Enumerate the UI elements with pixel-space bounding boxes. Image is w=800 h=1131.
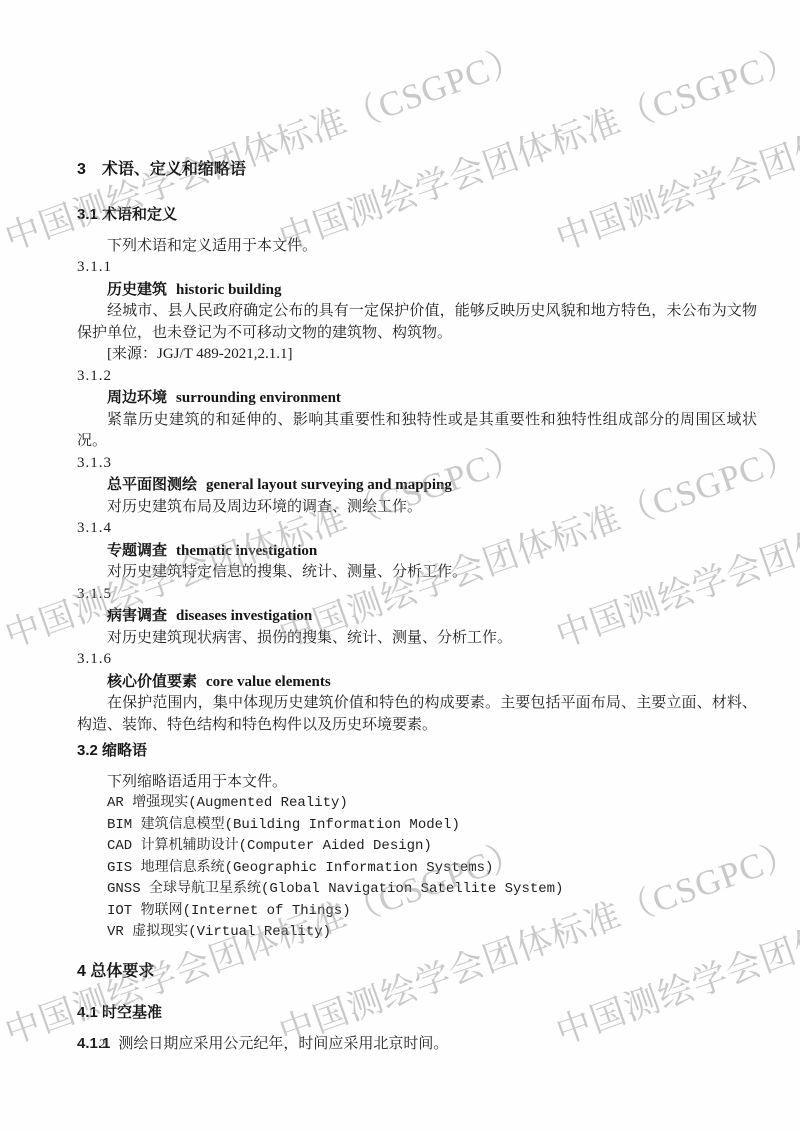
term-heading: 周边环境surrounding environment xyxy=(107,387,757,410)
clause-text: 测绘日期应采用公元纪年，时间应采用北京时间。 xyxy=(118,1036,448,1052)
abbreviation-item: BIM 建筑信息模型(Building Information Model) xyxy=(107,815,757,837)
clause-number: 3.1.5 xyxy=(77,584,757,606)
source-reference: [来源：JGJ/T 489-2021,2.1.1] xyxy=(107,344,757,366)
term-heading: 核心价值要素core value elements xyxy=(107,671,757,694)
clause-number: 3.1.3 xyxy=(77,453,757,475)
abbreviation-item: CAD 计算机辅助设计(Computer Aided Design) xyxy=(107,836,757,858)
paragraph: 在保护范围内，集中体现历史建筑价值和特色的构成要素。主要包括平面布局、主要立面、… xyxy=(77,693,757,736)
chapter-heading: 4 总体要求 xyxy=(77,960,757,984)
term-en: historic building xyxy=(176,282,281,298)
term-heading: 病害调查diseases investigation xyxy=(107,605,757,628)
section-heading: 4.1 时空基准 xyxy=(77,1002,757,1024)
paragraph: 对历史建筑现状病害、损伤的搜集、统计、测量、分析工作。 xyxy=(77,628,757,650)
clause-number: 3.1.2 xyxy=(77,366,757,388)
term-zh: 专题调查 xyxy=(107,542,167,559)
page-number: 2 xyxy=(99,1036,106,1052)
abbreviation-item: GNSS 全球导航卫星系统(Global Navigation Satellit… xyxy=(107,879,757,901)
term-heading: 总平面图测绘general layout surveying and mappi… xyxy=(107,474,757,497)
abbreviation-item: VR 虚拟现实(Virtual Reality) xyxy=(107,922,757,944)
abbreviation-item: IOT 物联网(Internet of Things) xyxy=(107,901,757,923)
term-heading: 历史建筑historic building xyxy=(107,279,757,302)
document-page: 3 术语、定义和缩略语3.1 术语和定义下列术语和定义适用于本文件。3.1.1历… xyxy=(0,0,800,1131)
term-zh: 历史建筑 xyxy=(107,281,167,298)
term-en: thematic investigation xyxy=(176,543,317,559)
section-heading: 3.1 术语和定义 xyxy=(77,204,757,226)
paragraph: 紧靠历史建筑的和延伸的、影响其重要性和独特性或是其重要性和独特性组成部分的周围区… xyxy=(77,410,757,453)
paragraph: 下列术语和定义适用于本文件。 xyxy=(77,236,757,258)
term-heading: 专题调查thematic investigation xyxy=(107,540,757,563)
term-en: general layout surveying and mapping xyxy=(206,477,452,493)
term-en: core value elements xyxy=(206,674,331,690)
term-zh: 病害调查 xyxy=(107,607,167,624)
term-en: diseases investigation xyxy=(176,608,312,624)
term-zh: 周边环境 xyxy=(107,389,167,406)
document-content: 3 术语、定义和缩略语3.1 术语和定义下列术语和定义适用于本文件。3.1.1历… xyxy=(0,0,800,1056)
term-en: surrounding environment xyxy=(176,390,341,406)
section-heading: 3.2 缩略语 xyxy=(77,740,757,762)
term-zh: 总平面图测绘 xyxy=(107,476,197,493)
clause-number: 3.1.6 xyxy=(77,649,757,671)
clause-number: 3.1.1 xyxy=(77,257,757,279)
chapter-heading: 3 术语、定义和缩略语 xyxy=(77,158,757,182)
term-zh: 核心价值要素 xyxy=(107,673,197,690)
abbreviation-item: AR 增强现实(Augmented Reality) xyxy=(107,793,757,815)
paragraph: 经城市、县人民政府确定公布的具有一定保护价值，能够反映历史风貌和地方特色，未公布… xyxy=(77,301,757,344)
paragraph: 下列缩略语适用于本文件。 xyxy=(77,772,757,794)
clause-paragraph: 4.1.1测绘日期应采用公元纪年，时间应采用北京时间。 xyxy=(77,1033,757,1056)
abbreviation-item: GIS 地理信息系统(Geographic Information System… xyxy=(107,858,757,880)
paragraph: 对历史建筑特定信息的搜集、统计、测量、分析工作。 xyxy=(77,562,757,584)
paragraph: 对历史建筑布局及周边环境的调查、测绘工作。 xyxy=(77,497,757,519)
clause-number: 3.1.4 xyxy=(77,518,757,540)
